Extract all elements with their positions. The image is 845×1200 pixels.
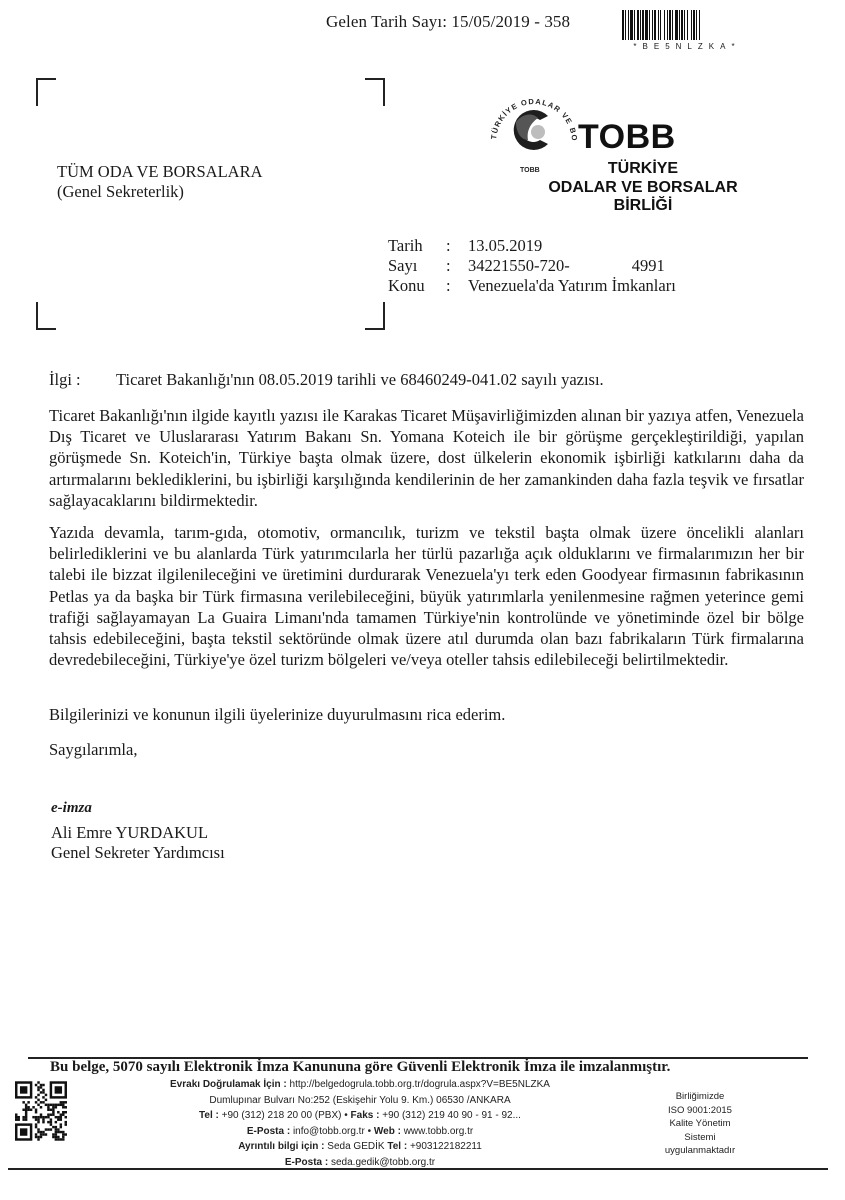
fax-label: Faks : xyxy=(351,1110,380,1121)
logo-org-line: ODALAR VE BORSALAR xyxy=(528,179,758,198)
recipient-block: TÜM ODA VE BORSALARA (Genel Sekreterlik) xyxy=(57,162,263,202)
meta-number-value: 34221550-720- xyxy=(468,256,570,276)
tel-value: +90 (312) 218 20 00 (PBX) xyxy=(222,1110,342,1121)
meta-subject-row: Konu : Venezuela'da Yatırım İmkanları xyxy=(388,276,676,296)
signer-name: Ali Emre YURDAKUL xyxy=(51,823,225,843)
address-window-corner xyxy=(365,302,385,330)
web-label: Web : xyxy=(374,1126,401,1137)
address-window-corner xyxy=(365,78,385,106)
document-meta: Tarih : 13.05.2019 Sayı : 34221550-720- … xyxy=(388,236,676,296)
meta-subject-value: Venezuela'da Yatırım İmkanları xyxy=(468,276,676,296)
signer-block: Ali Emre YURDAKUL Genel Sekreter Yardımc… xyxy=(51,823,225,863)
iso-line: Kalite Yönetim xyxy=(630,1117,770,1131)
document-barcode: *BE5NLZKA* xyxy=(622,10,752,50)
iso-line: Sistemi xyxy=(630,1131,770,1145)
web-link[interactable]: www.tobb.org.tr xyxy=(404,1126,473,1137)
signer-title: Genel Sekreter Yardımcısı xyxy=(51,843,225,863)
iso-line: uygulanmaktadır xyxy=(630,1144,770,1158)
body-paragraph: Bilgilerinizi ve konunun ilgili üyelerin… xyxy=(49,704,804,725)
fax-value: +90 (312) 219 40 90 - 91 - 92... xyxy=(382,1110,521,1121)
closing-salutation: Saygılarımla, xyxy=(49,740,137,760)
contact-name: Seda GEDİK xyxy=(327,1141,384,1152)
footer-address: Dumlupınar Bulvarı No:252 (Eskişehir Yol… xyxy=(150,1093,570,1109)
barcode-text: *BE5NLZKA* xyxy=(622,42,752,51)
meta-number-label: Sayı xyxy=(388,256,446,276)
logo-org-line: BİRLİĞİ xyxy=(528,197,758,216)
footer-contact: Evrakı Doğrulamak İçin : http://belgedog… xyxy=(150,1077,570,1170)
footer-verify-line: Evrakı Doğrulamak İçin : http://belgedog… xyxy=(150,1077,570,1093)
reference-label: İlgi : xyxy=(49,370,116,390)
body-paragraph: Ticaret Bakanlığı'nın ilgide kayıtlı yaz… xyxy=(49,405,804,511)
reference-text: Ticaret Bakanlığı'nın 08.05.2019 tarihli… xyxy=(116,370,604,390)
barcode-icon xyxy=(622,10,748,40)
iso-line: Birliğimizde xyxy=(630,1090,770,1104)
reference-line: İlgi : Ticaret Bakanlığı'nın 08.05.2019 … xyxy=(49,370,604,390)
tel-label: Tel : xyxy=(199,1110,219,1121)
footer-legal-notice: Bu belge, 5070 sayılı Elektronik İmza Ka… xyxy=(50,1059,670,1076)
iso-certification-note: Birliğimizde ISO 9001:2015 Kalite Yöneti… xyxy=(630,1090,770,1158)
meta-number-row: Sayı : 34221550-720- 4991 xyxy=(388,256,676,276)
bullet-icon: • xyxy=(368,1126,372,1137)
address-window-corner xyxy=(36,302,56,330)
incoming-date-stamp: Gelen Tarih Sayı: 15/05/2019 - 358 xyxy=(326,12,570,32)
contact-email-label: E-Posta : xyxy=(285,1157,328,1168)
bullet-icon: • xyxy=(344,1110,348,1121)
contact-email-link[interactable]: seda.gedik@tobb.org.tr xyxy=(331,1157,435,1168)
recipient-department: (Genel Sekreterlik) xyxy=(57,182,263,202)
footer-email-line: E-Posta : info@tobb.org.tr • Web : www.t… xyxy=(150,1124,570,1140)
meta-number-suffix: 4991 xyxy=(632,256,665,276)
meta-date-label: Tarih xyxy=(388,236,446,256)
contact-tel-label: Tel : xyxy=(387,1141,407,1152)
meta-separator: : xyxy=(446,236,468,256)
contact-tel: +903122182211 xyxy=(410,1141,482,1152)
contact-label: Ayrıntılı bilgi için : xyxy=(238,1141,324,1152)
logo-acronym: TOBB xyxy=(578,118,676,157)
meta-date-value: 13.05.2019 xyxy=(468,236,542,256)
footer-divider xyxy=(8,1168,828,1170)
footer-contact-person-line: Ayrıntılı bilgi için : Seda GEDİK Tel : … xyxy=(150,1139,570,1155)
email-label: E-Posta : xyxy=(247,1126,290,1137)
qr-code-icon[interactable] xyxy=(15,1081,67,1141)
verify-label: Evrakı Doğrulamak İçin : xyxy=(170,1079,287,1090)
recipient-name: TÜM ODA VE BORSALARA xyxy=(57,162,263,182)
logo-organization-name: TÜRKİYE ODALAR VE BORSALAR BİRLİĞİ xyxy=(528,160,758,216)
logo-org-line: TÜRKİYE xyxy=(528,160,758,179)
footer-phone-line: Tel : +90 (312) 218 20 00 (PBX) • Faks :… xyxy=(150,1108,570,1124)
meta-separator: : xyxy=(446,276,468,296)
email-link[interactable]: info@tobb.org.tr xyxy=(293,1126,365,1137)
body-paragraph: Yazıda devamla, tarım-gıda, otomotiv, or… xyxy=(49,522,804,670)
verify-link[interactable]: http://belgedogrula.tobb.org.tr/dogrula.… xyxy=(290,1079,550,1090)
meta-date-row: Tarih : 13.05.2019 xyxy=(388,236,676,256)
meta-subject-label: Konu xyxy=(388,276,446,296)
e-signature-mark: e-imza xyxy=(51,800,92,817)
meta-separator: : xyxy=(446,256,468,276)
address-window-corner xyxy=(36,78,56,106)
iso-line: ISO 9001:2015 xyxy=(630,1104,770,1118)
